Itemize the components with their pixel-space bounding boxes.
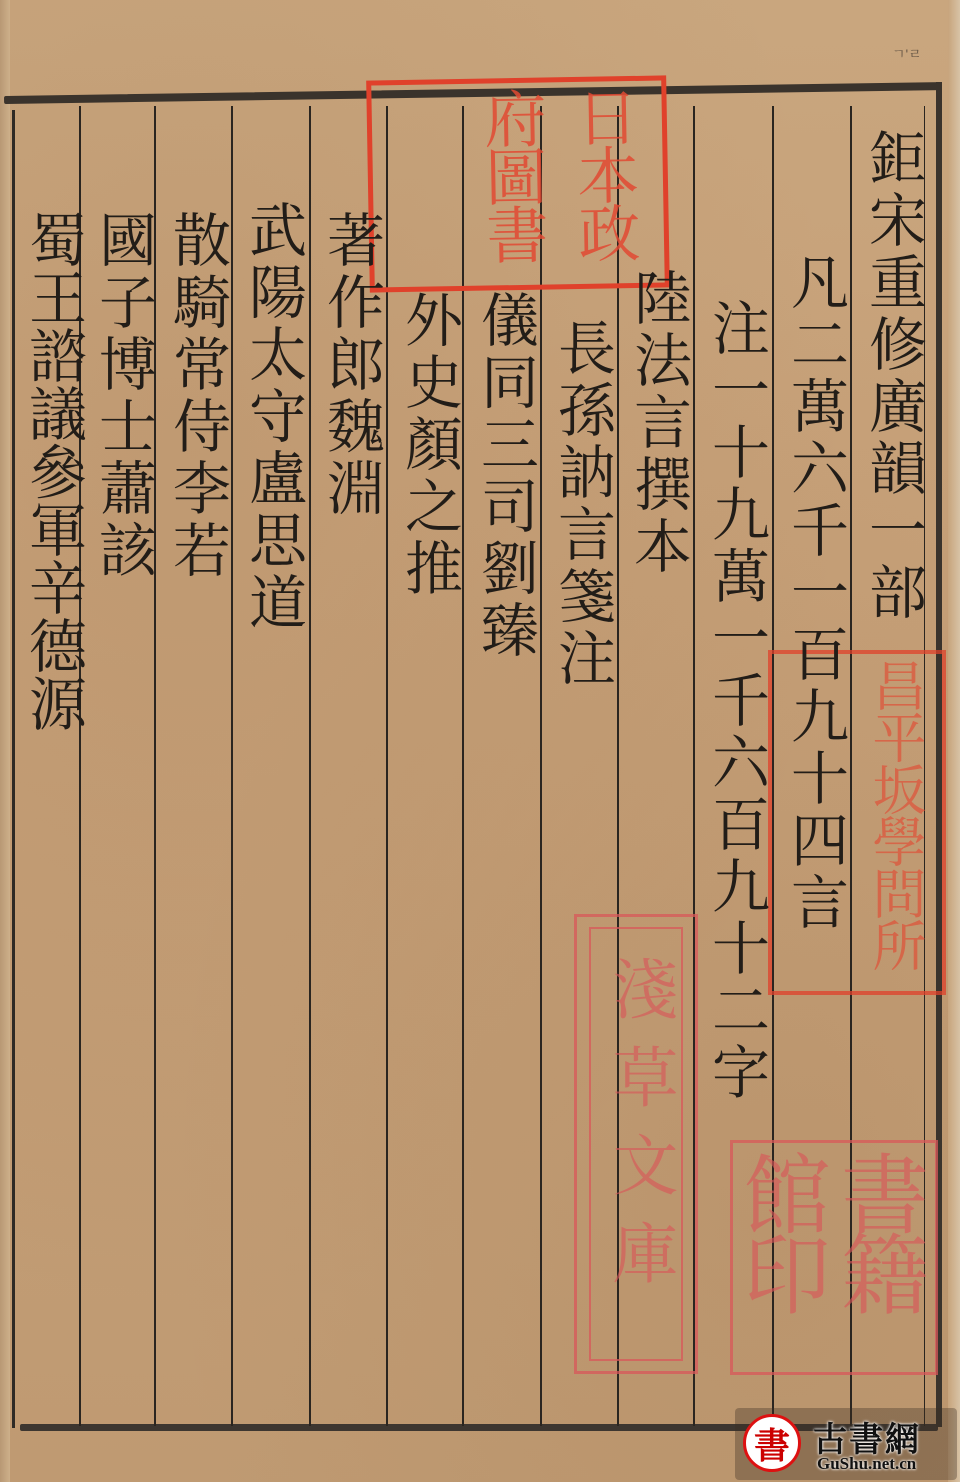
seal-right-lower: 書籍館印	[730, 1140, 938, 1375]
seal-middle: 淺草文庫	[574, 914, 698, 1374]
author-column: 蜀王諮議參軍辛德源	[22, 210, 84, 732]
column-rule	[309, 106, 311, 1426]
note-count-column: 注一十九萬一千六百九十二字	[703, 298, 769, 1104]
column-rule	[386, 106, 388, 1426]
author-column: 陸法言撰本	[625, 268, 691, 578]
frame-left-border	[12, 110, 15, 1428]
char-count-column: 凡二萬六千一百九十四言	[782, 252, 848, 934]
author-column: 儀同三司劉臻	[472, 290, 538, 662]
author-column: 著作郎魏淵	[318, 210, 384, 520]
watermark-url: GuShu.net.cn	[817, 1454, 916, 1474]
seal-right-lower-text: 書籍館印	[731, 1149, 927, 1372]
author-column: 國子博士蕭該	[90, 210, 156, 582]
title-column: 鉅宋重修廣韻一部	[860, 128, 926, 624]
seal-middle-text: 淺草文庫	[603, 955, 675, 1307]
author-column: 散騎常侍李若	[164, 210, 230, 582]
folio-mark: ㄱ'ㄹ	[892, 44, 922, 64]
page-left-edge	[0, 0, 10, 1482]
column-rule	[540, 106, 542, 1426]
book-page: ㄱ'ㄹ 日本政府圖書 昌平坂學問所 淺草文庫 書籍館印 鉅宋重修廣韻一部 凡二萬…	[0, 0, 960, 1482]
gushu-watermark[interactable]: 書 古書網 GuShu.net.cn	[735, 1408, 957, 1480]
column-rule	[231, 106, 233, 1426]
author-column: 武陽太守盧思道	[240, 200, 306, 634]
book-seal-icon: 書	[743, 1414, 801, 1472]
logo-glyph: 書	[754, 1418, 790, 1469]
seal-top: 日本政府圖書	[366, 75, 670, 292]
page-right-edge	[948, 0, 960, 1482]
author-column: 外史顏之推	[396, 290, 462, 600]
seal-right-upper-text: 昌平坂學問所	[854, 658, 936, 970]
author-column: 長孫訥言箋注	[549, 318, 615, 690]
seal-top-text: 日本政府圖書	[463, 85, 650, 286]
